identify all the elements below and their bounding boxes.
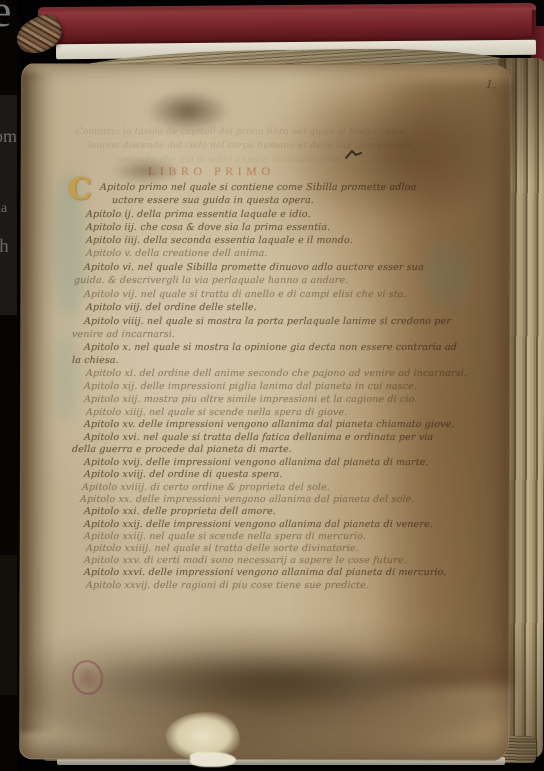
chapter-line: Apitolo primo nel quale si contiene come… — [100, 182, 417, 193]
chapter-line: Apitolo xviij. del ordine di questa sper… — [84, 469, 283, 480]
chapter-line: Apitolo xxiiij. nel quale si tratta dell… — [86, 543, 359, 554]
text-layer: LIBRO PRIMO C 1. Comincia la tavola de c… — [0, 0, 544, 771]
faded-rubric-line: Comincia la tavola de capitoli del primo… — [76, 127, 405, 137]
faded-rubric-line: lanima discende dal cielo nel corpo huma… — [88, 141, 410, 151]
chapter-line: Apitolo viij. del ordine delle stelle. — [86, 302, 257, 313]
chapter-line: Apitolo xi. del ordine dell anime second… — [86, 368, 467, 379]
chapter-line: la chiesa. — [72, 355, 119, 366]
repair-patch-tail — [190, 752, 236, 767]
chapter-line: Apitolo xij. delle impressioni piglia la… — [84, 381, 418, 392]
chapter-line: Apitolo iij. che cosa & dove sia la prim… — [86, 222, 331, 233]
chapter-line: Apitolo xviiij. di certo ordine & propri… — [82, 482, 330, 493]
chapter-line: della guerra e procede dal pianeta di ma… — [72, 444, 292, 455]
faded-rubric-line: secondo che qui di sotto appare ordinata… — [118, 155, 341, 165]
chapter-line: Apitolo xvi. nel quale si tratta della f… — [84, 432, 434, 443]
chapter-line: venire ad incarnarsi. — [72, 329, 176, 340]
chapter-line: Apitolo ij. della prima essentia laquale… — [86, 209, 311, 220]
chapter-line: uctore essere sua guida in questa opera. — [112, 195, 314, 206]
chapter-line: Apitolo xiiij. nel quale si scende nella… — [86, 407, 348, 418]
chapter-line: Apitolo iiij. della seconda essentia laq… — [86, 235, 353, 246]
chapter-line: Apitolo xv. delle impressioni vengono al… — [84, 419, 455, 430]
illuminated-initial: C — [68, 172, 92, 207]
chapter-line: Apitolo xxv. di certi modi sono necessar… — [84, 555, 407, 566]
manuscript-photo: eomnath LIBRO PRIMO C 1. Comincia la tav… — [0, 0, 544, 771]
chapter-line: Apitolo vij. nel quale si tratta di anel… — [84, 289, 407, 300]
chapter-line: Apitolo v. della creatione dell anima. — [86, 248, 268, 259]
chapter-line: Apitolo viiij. nel quale si mostra la po… — [84, 316, 451, 327]
pen-mark — [345, 150, 363, 159]
chapter-line: Apitolo xvij. delle impressioni vengono … — [84, 457, 429, 468]
folio-number: 1. — [485, 77, 497, 91]
chapter-line: Apitolo xxij. delle impressioni vengono … — [84, 519, 433, 530]
chapter-line: Apitolo vi. nel quale Sibilla promette d… — [84, 262, 424, 273]
chapter-line: Apitolo xxiij. nel quale si scende nella… — [84, 531, 366, 542]
chapter-line: guida. & descrivergli la via perlaquale … — [74, 275, 349, 286]
chapter-line: Apitolo x. nel quale si mostra la opinio… — [84, 342, 457, 353]
libro-primo-heading: LIBRO PRIMO — [148, 164, 275, 179]
chapter-line: Apitolo xiij. mostra piu oltre simile im… — [84, 394, 418, 405]
chapter-line: Apitolo xx. delle impressioni vengono al… — [80, 494, 415, 505]
chapter-line: Apitolo xxvi. delle impressioni vengono … — [84, 567, 447, 578]
chapter-line: Apitolo xxi. delle proprieta dell amore. — [84, 506, 276, 517]
chapter-line: Apitolo xxvij. delle ragioni di piu cose… — [86, 580, 369, 591]
